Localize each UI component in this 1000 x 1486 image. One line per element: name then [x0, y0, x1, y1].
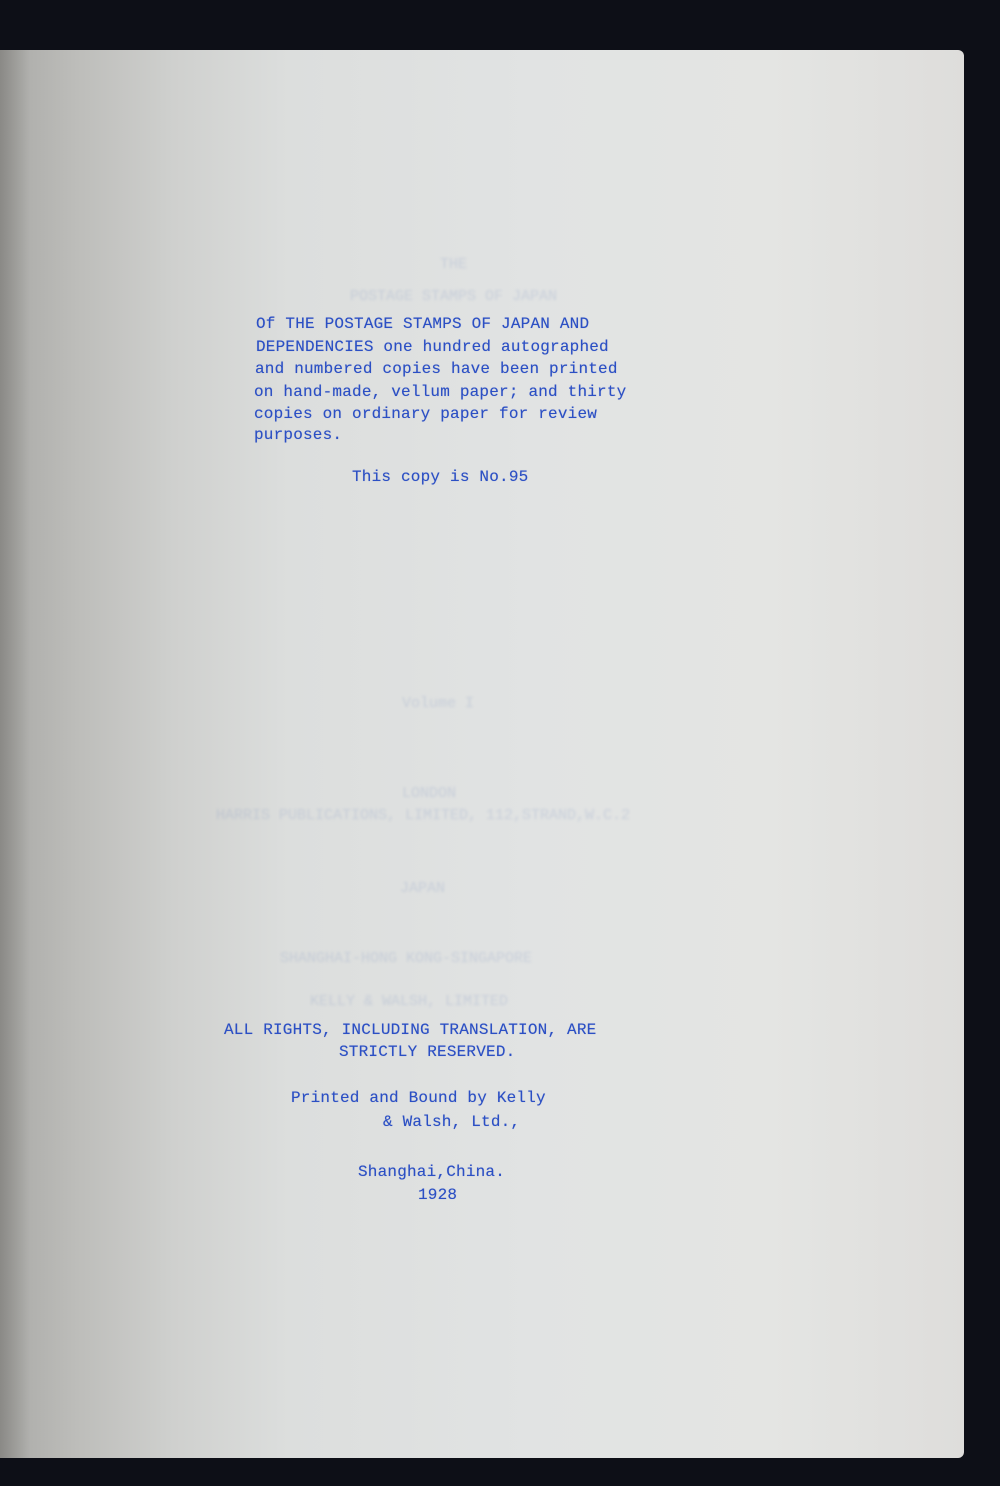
show-through-line: SHANGHAI-HONG KONG-SINGAPORE: [280, 950, 532, 967]
show-through-line: THE: [440, 256, 467, 273]
colophon-line: copies on ordinary paper for review: [254, 404, 597, 426]
colophon-line: DEPENDENCIES one hundred autographed: [256, 337, 609, 359]
rights-line-2: STRICTLY RESERVED.: [339, 1042, 515, 1064]
show-through-line: Volume I: [402, 695, 474, 712]
colophon-line: purposes.: [254, 425, 342, 447]
show-through-line: HARRIS PUBLICATIONS, LIMITED, 112,STRAND…: [216, 807, 630, 824]
show-through-line: LONDON: [402, 785, 456, 802]
document-page: THE POSTAGE STAMPS OF JAPAN Volume I LON…: [0, 50, 964, 1458]
printer-line-1: Printed and Bound by Kelly: [291, 1088, 546, 1110]
place-city: Shanghai,China.: [358, 1162, 505, 1184]
colophon-line: and numbered copies have been printed: [255, 359, 618, 381]
page-gutter-shadow: [0, 50, 30, 1458]
copy-number: This copy is No.95: [352, 467, 528, 489]
colophon-line: Of THE POSTAGE STAMPS OF JAPAN AND: [256, 314, 589, 336]
show-through-line: KELLY & WALSH, LIMITED: [310, 993, 508, 1010]
rights-line-1: ALL RIGHTS, INCLUDING TRANSLATION, ARE: [224, 1020, 596, 1042]
show-through-line: POSTAGE STAMPS OF JAPAN: [350, 288, 557, 305]
show-through-line: JAPAN: [400, 880, 445, 897]
printer-line-2: & Walsh, Ltd.,: [383, 1112, 520, 1134]
colophon-line: on hand-made, vellum paper; and thirty: [254, 382, 626, 404]
place-year: 1928: [418, 1185, 457, 1207]
